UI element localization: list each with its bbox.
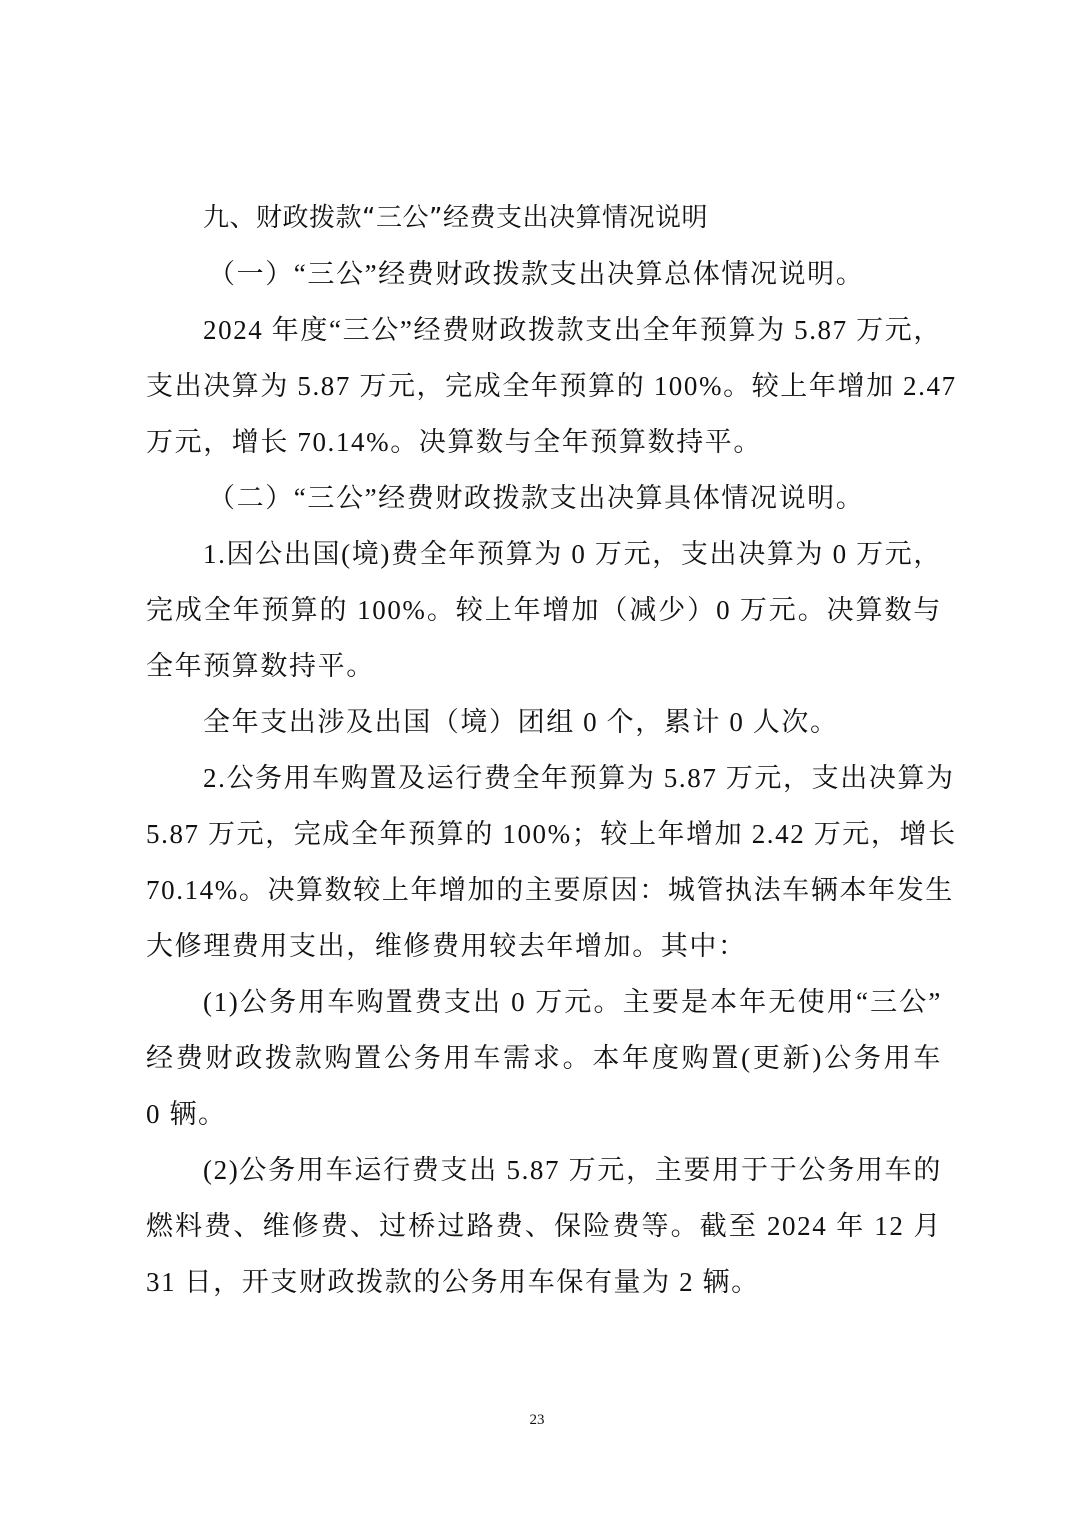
paragraph-item1-groups: 全年支出涉及出国（境）团组 0 个，累计 0 人次。 [203, 705, 999, 739]
section-title: 九、财政拨款“三公”经费支出决算情况说明 [203, 201, 999, 235]
paragraph-overall-line-3: 万元，增长 70.14%。决算数与全年预算数持平。 [146, 425, 942, 459]
paragraph-overall-line-1: 2024 年度“三公”经费财政拨款支出全年预算为 5.87 万元， [203, 313, 942, 347]
subsection-title-overall: （一）“三公”经费财政拨款支出决算总体情况说明。 [208, 257, 1004, 291]
paragraph-item2-line-2: 5.87 万元，完成全年预算的 100%；较上年增加 2.42 万元，增长 [146, 817, 942, 851]
paragraph-item2-2-line-2: 燃料费、维修费、过桥过路费、保险费等。截至 2024 年 12 月 [146, 1209, 942, 1243]
page-number: 23 [0, 1412, 1074, 1429]
paragraph-item2-1-line-2: 经费财政拨款购置公务用车需求。本年度购置(更新)公务用车 [146, 1041, 942, 1075]
subsection-title-detail: （二）“三公”经费财政拨款支出决算具体情况说明。 [208, 481, 1004, 515]
paragraph-item1-line-2: 完成全年预算的 100%。较上年增加（减少）0 万元。决算数与 [146, 593, 942, 627]
paragraph-item2-2-line-3: 31 日，开支财政拨款的公务用车保有量为 2 辆。 [146, 1265, 942, 1299]
paragraph-item2-line-1: 2.公务用车购置及运行费全年预算为 5.87 万元，支出决算为 [203, 761, 942, 795]
paragraph-item1-line-3: 全年预算数持平。 [146, 649, 942, 683]
paragraph-item2-2-line-1: (2)公务用车运行费支出 5.87 万元，主要用于于公务用车的 [203, 1153, 942, 1187]
document-page: 九、财政拨款“三公”经费支出决算情况说明 （一）“三公”经费财政拨款支出决算总体… [0, 0, 1074, 1520]
paragraph-item1-line-1: 1.因公出国(境)费全年预算为 0 万元，支出决算为 0 万元， [203, 537, 942, 571]
paragraph-overall-line-2: 支出决算为 5.87 万元，完成全年预算的 100%。较上年增加 2.47 [146, 369, 942, 403]
paragraph-item2-line-3: 70.14%。决算数较上年增加的主要原因：城管执法车辆本年发生 [146, 873, 942, 907]
paragraph-item2-line-4: 大修理费用支出，维修费用较去年增加。其中： [146, 929, 942, 963]
paragraph-item2-1-line-1: (1)公务用车购置费支出 0 万元。主要是本年无使用“三公” [203, 985, 942, 1019]
paragraph-item2-1-line-3: 0 辆。 [146, 1097, 942, 1131]
